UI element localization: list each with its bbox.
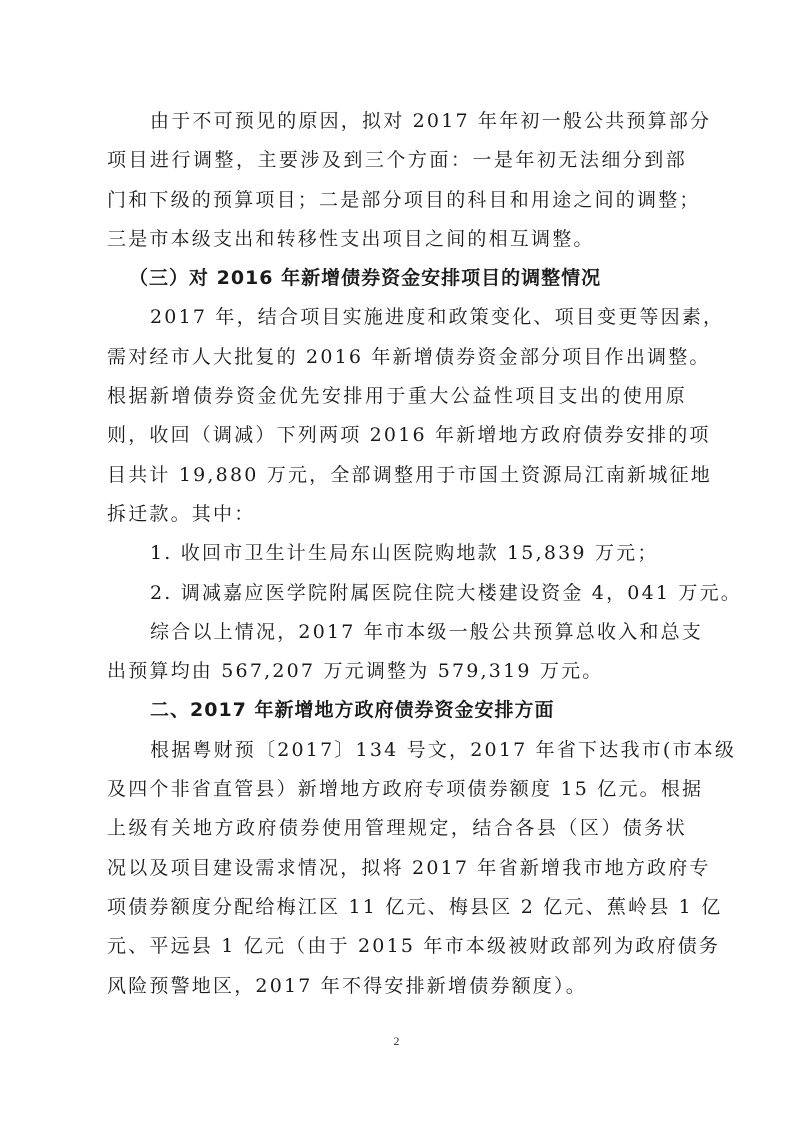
- paragraph-line: 根据新增债券资金优先安排用于重大公益性项目支出的使用原: [107, 377, 687, 416]
- paragraph-line: 项债券额度分配给梅江区 11 亿元、梅县区 2 亿元、蕉岭县 1 亿: [107, 888, 687, 927]
- paragraph-line: 目共计 19,880 万元，全部调整用于市国土资源局江南新城征地: [107, 456, 687, 495]
- paragraph-line: 由于不可预见的原因，拟对 2017 年年初一般公共预算部分: [107, 102, 687, 141]
- paragraph-line: 及四个非省直管县）新增地方政府专项债券额度 15 亿元。根据: [107, 770, 687, 809]
- paragraph-line: 出预算均由 567,207 万元调整为 579,319 万元。: [107, 652, 687, 691]
- paragraph-line: 则，收回（调减）下列两项 2016 年新增地方政府债券安排的项: [107, 416, 687, 455]
- paragraph-line: 门和下级的预算项目；二是部分项目的科目和用途之间的调整；: [107, 181, 687, 220]
- page-body: 由于不可预见的原因，拟对 2017 年年初一般公共预算部分 项目进行调整，主要涉…: [107, 102, 687, 1006]
- list-item: 1. 收回市卫生计生局东山医院购地款 15,839 万元；: [107, 534, 687, 573]
- paragraph-line: 况以及项目建设需求情况，拟将 2017 年省新增我市地方政府专: [107, 849, 687, 888]
- paragraph-line: 项目进行调整，主要涉及到三个方面：一是年初无法细分到部: [107, 141, 687, 180]
- paragraph-line: 拆迁款。其中：: [107, 495, 687, 534]
- paragraph-line: 综合以上情况，2017 年市本级一般公共预算总收入和总支: [107, 613, 687, 652]
- page-number: 2: [0, 1034, 793, 1049]
- paragraph-line: 需对经市人大批复的 2016 年新增债券资金部分项目作出调整。: [107, 338, 687, 377]
- section-heading-2: 二、2017 年新增地方政府债券资金安排方面: [107, 691, 687, 730]
- paragraph-line: 根据粤财预〔2017〕134 号文，2017 年省下达我市(市本级: [107, 731, 687, 770]
- paragraph-line: 上级有关地方政府债券使用管理规定，结合各县（区）债务状: [107, 809, 687, 848]
- paragraph-line: 2017 年，结合项目实施进度和政策变化、项目变更等因素，: [107, 298, 687, 337]
- list-item: 2. 调减嘉应医学院附属医院住院大楼建设资金 4，041 万元。: [107, 574, 687, 613]
- paragraph-line: 元、平远县 1 亿元（由于 2015 年市本级被财政部列为政府债务: [107, 927, 687, 966]
- section-heading-3: （三）对 2016 年新增债券资金安排项目的调整情况: [107, 259, 687, 298]
- paragraph-line: 三是市本级支出和转移性支出项目之间的相互调整。: [107, 220, 687, 259]
- document-page: 由于不可预见的原因，拟对 2017 年年初一般公共预算部分 项目进行调整，主要涉…: [0, 0, 793, 1122]
- paragraph-line: 风险预警地区，2017 年不得安排新增债券额度）。: [107, 967, 687, 1006]
